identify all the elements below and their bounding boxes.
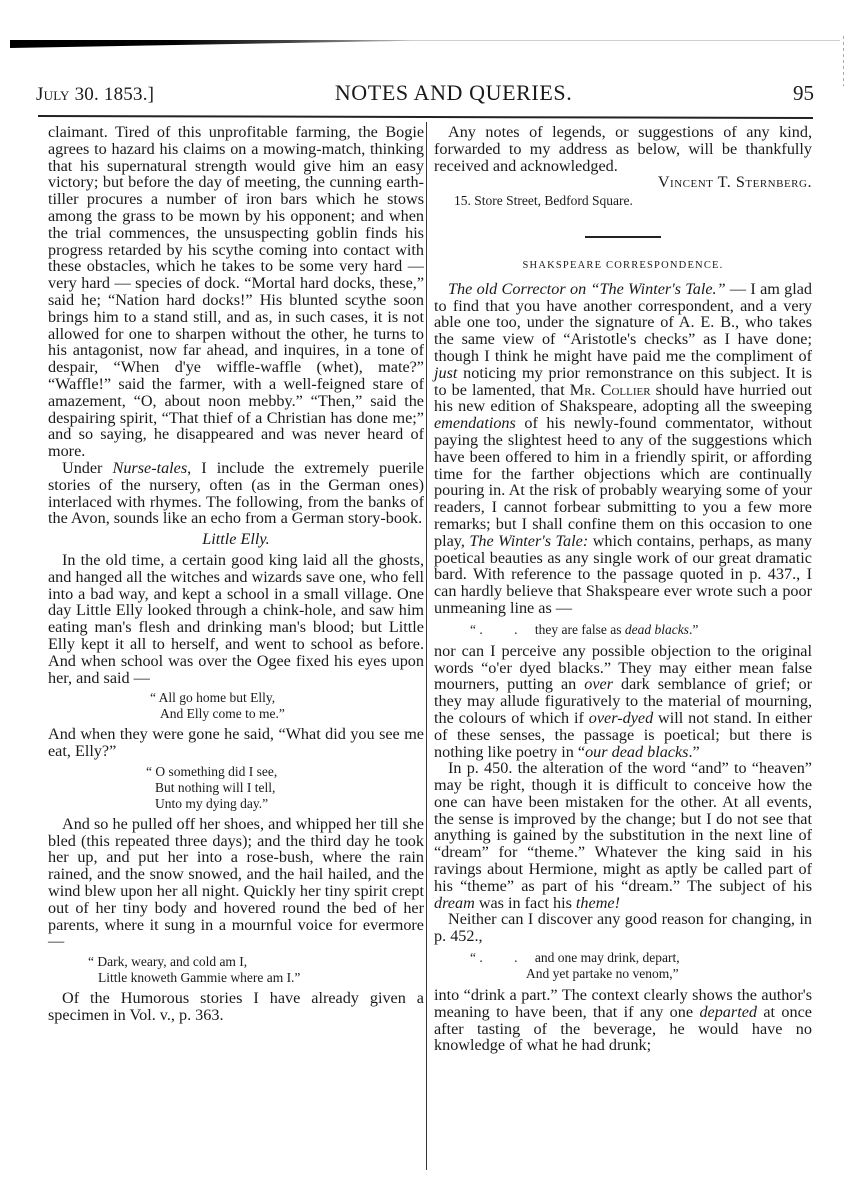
story-title: Little Elly. bbox=[48, 531, 424, 548]
paragraph: And so he pulled off her shoes, and whip… bbox=[48, 816, 424, 950]
paragraph: And when they were gone he said, “What d… bbox=[48, 726, 424, 760]
publication-title: NOTES AND QUERIES. bbox=[335, 80, 573, 106]
paragraph: In the old time, a certain good king lai… bbox=[48, 552, 424, 686]
paragraph: In p. 450. the alteration of the word “a… bbox=[434, 760, 812, 911]
paragraph: Any notes of legends, or suggestions of … bbox=[434, 124, 812, 174]
page-number: 95 bbox=[793, 81, 814, 106]
paragraph: into “drink a part.” The context clearly… bbox=[434, 987, 812, 1054]
paragraph: nor can I perceive any possible objectio… bbox=[434, 643, 812, 761]
right-column: Any notes of legends, or suggestions of … bbox=[434, 124, 812, 1054]
paragraph: Of the Humorous stories I have already g… bbox=[48, 990, 424, 1024]
signature: Vincent T. Sternberg. bbox=[434, 174, 812, 191]
paragraph: Under Nurse-tales, I include the extreme… bbox=[48, 460, 424, 527]
paragraph: Neither can I discover any good reason f… bbox=[434, 911, 812, 945]
header-rule bbox=[38, 115, 813, 119]
paragraph: The old Corrector on “The Winter's Tale.… bbox=[434, 281, 812, 617]
paragraph: claimant. Tired of this unprofitable far… bbox=[48, 124, 424, 460]
decorative-top-rule-faint bbox=[410, 40, 840, 41]
column-divider bbox=[426, 122, 427, 1170]
address: 15. Store Street, Bedford Square. bbox=[434, 193, 812, 210]
verse: “ Dark, weary, and cold am I, Little kno… bbox=[48, 954, 424, 986]
decorative-top-rule bbox=[10, 40, 410, 48]
quotation: “ . . and one may drink, depart, And yet… bbox=[434, 950, 812, 982]
section-divider bbox=[585, 236, 661, 238]
verse: “ All go home but Elly, And Elly come to… bbox=[48, 690, 424, 722]
left-column: claimant. Tired of this unprofitable far… bbox=[48, 124, 424, 1024]
verse: “ O something did I see, But nothing wil… bbox=[48, 764, 424, 812]
section-title: SHAKSPEARE CORRESPONDENCE. bbox=[434, 258, 812, 275]
issue-date: July 30. 1853.] bbox=[36, 84, 154, 106]
running-header: July 30. 1853.] NOTES AND QUERIES. 95 bbox=[36, 80, 814, 110]
quotation: “ . . they are false as dead blacks.” bbox=[434, 622, 812, 638]
page-edge-mark bbox=[843, 36, 844, 86]
